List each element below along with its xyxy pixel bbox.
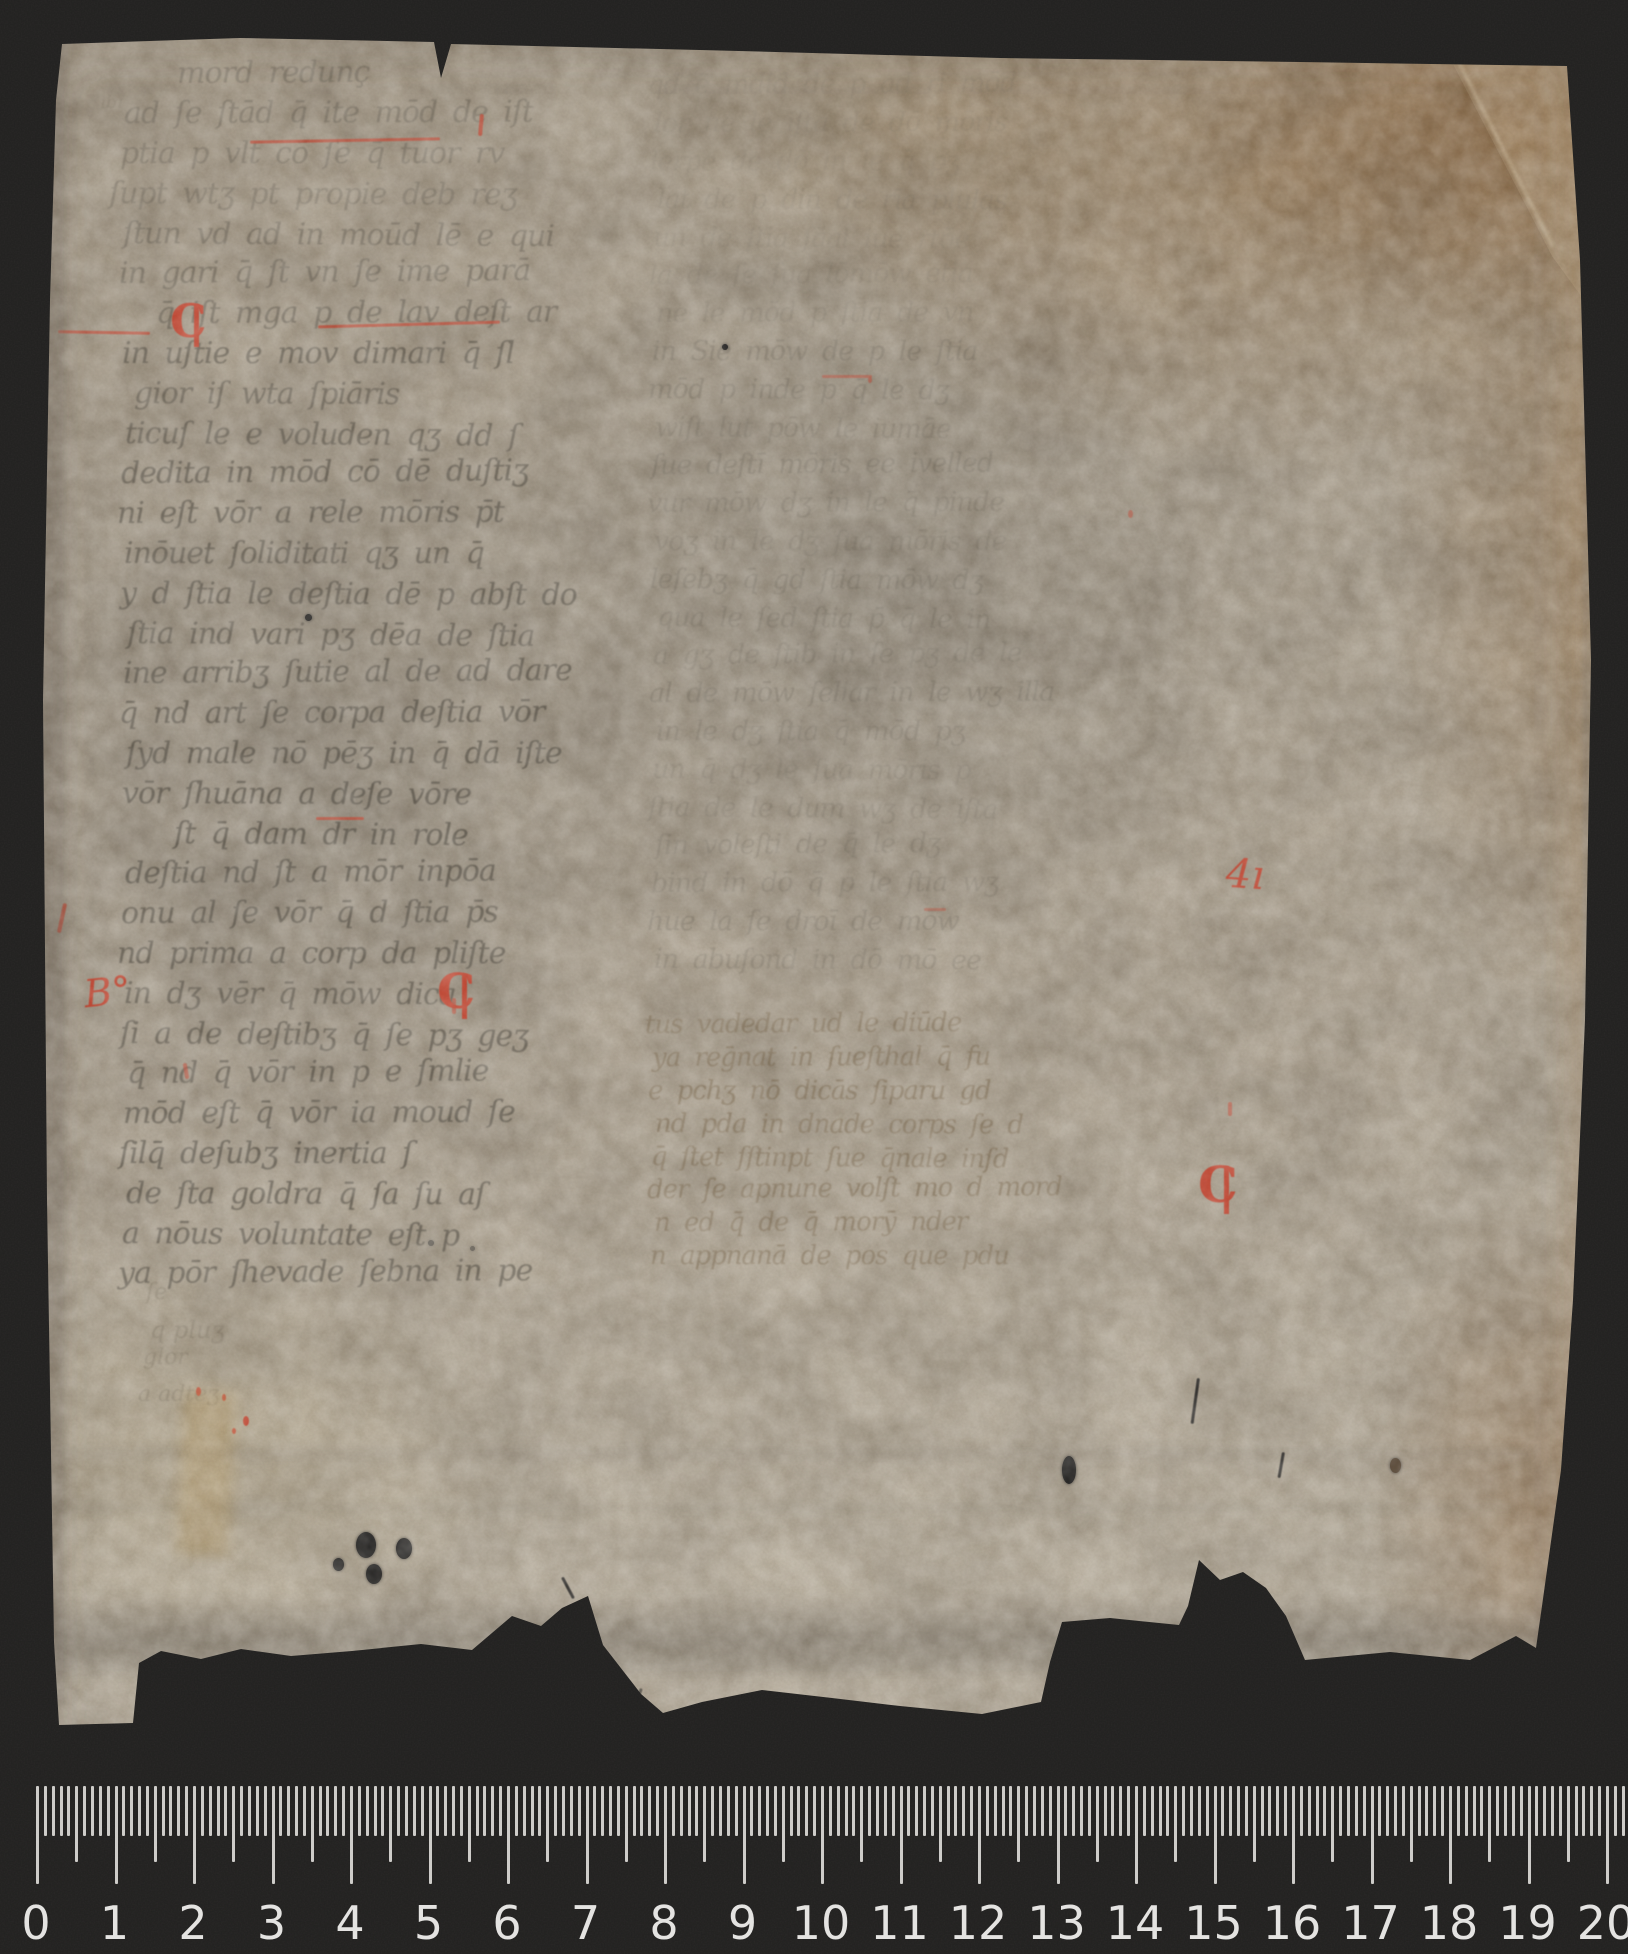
ruler-tick <box>319 1786 322 1836</box>
ruler-tick <box>52 1786 55 1836</box>
ruler-tick <box>491 1786 494 1836</box>
ruler-tick <box>884 1786 887 1836</box>
ruler-tick <box>499 1786 502 1836</box>
ruler-tick <box>1104 1786 1107 1836</box>
ruler-tick <box>1449 1786 1452 1884</box>
ruler-tick <box>67 1786 70 1836</box>
ruler-tick <box>578 1786 581 1836</box>
ruler-number: 9 <box>728 1900 757 1946</box>
ruler-tick <box>429 1786 432 1884</box>
ruler-tick <box>609 1786 612 1836</box>
ruler-tick <box>688 1786 691 1836</box>
ruler-tick <box>217 1786 220 1836</box>
ruler-tick <box>1308 1786 1311 1836</box>
ruler-tick <box>1323 1786 1326 1836</box>
ruler-tick <box>829 1786 832 1836</box>
ruler-number: 0 <box>21 1900 50 1946</box>
ruler-tick <box>970 1786 973 1836</box>
ruler-tick <box>672 1786 675 1836</box>
ruler-tick <box>311 1786 314 1862</box>
ruler-tick <box>1582 1786 1585 1836</box>
ruler-tick <box>436 1786 439 1836</box>
ruler-number: 20 <box>1577 1900 1628 1946</box>
ruler-tick <box>1457 1786 1460 1836</box>
ruler-tick <box>617 1786 620 1836</box>
ruler-tick <box>185 1786 188 1836</box>
ruler-tick <box>326 1786 329 1836</box>
ruler-tick <box>303 1786 306 1836</box>
ruler-tick <box>1002 1786 1005 1836</box>
ruler-tick <box>1535 1786 1538 1836</box>
ruler-tick <box>1347 1786 1350 1836</box>
ruler-number: 5 <box>414 1900 443 1946</box>
ruler-tick <box>782 1786 785 1862</box>
ruler-tick <box>719 1786 722 1836</box>
ruler-tick <box>146 1786 149 1836</box>
ruler-tick <box>1135 1786 1138 1884</box>
ruler-number: 2 <box>178 1900 207 1946</box>
ruler-number: 1 <box>100 1900 129 1946</box>
ruler-tick <box>766 1786 769 1836</box>
ruler-tick <box>1033 1786 1036 1836</box>
ruler-tick <box>852 1786 855 1836</box>
ruler-tick <box>892 1786 895 1836</box>
ruler-tick <box>115 1786 118 1884</box>
ruler-tick <box>986 1786 989 1836</box>
ruler-tick <box>1598 1786 1601 1836</box>
ruler-number: 12 <box>949 1900 1008 1946</box>
ruler-tick <box>923 1786 926 1836</box>
ruler-tick <box>797 1786 800 1836</box>
ruler-number: 18 <box>1420 1900 1479 1946</box>
ruler-tick <box>845 1786 848 1836</box>
photo-stage: mord redunçad ſe ſtād q̄ ite mōd de iſtp… <box>0 0 1628 1954</box>
ruler-tick <box>1111 1786 1114 1836</box>
ruler-tick <box>75 1786 78 1862</box>
ruler-tick <box>162 1786 165 1836</box>
ruler-tick <box>648 1786 651 1836</box>
ruler-tick <box>44 1786 47 1836</box>
ruler-tick <box>256 1786 259 1836</box>
ruler-tick <box>1198 1786 1201 1836</box>
ruler-tick <box>1041 1786 1044 1836</box>
ruler-tick <box>868 1786 871 1836</box>
ruler-tick <box>601 1786 604 1836</box>
ruler-tick <box>1017 1786 1020 1862</box>
ruler-tick <box>264 1786 267 1836</box>
ruler-tick <box>201 1786 204 1836</box>
ruler-tick <box>1088 1786 1091 1836</box>
ruler-number: 7 <box>571 1900 600 1946</box>
ruler-number: 3 <box>257 1900 286 1946</box>
ruler-tick <box>1441 1786 1444 1836</box>
ruler-tick <box>1316 1786 1319 1836</box>
ruler-tick <box>1551 1786 1554 1836</box>
ruler-tick <box>1182 1786 1185 1836</box>
ruler-tick <box>366 1786 369 1836</box>
ruler-tick <box>1080 1786 1083 1836</box>
ruler-tick <box>515 1786 518 1836</box>
ruler-tick <box>193 1786 196 1884</box>
ruler-tick <box>507 1786 510 1884</box>
ruler-tick <box>538 1786 541 1836</box>
ruler-tick <box>1418 1786 1421 1836</box>
ruler-number: 6 <box>492 1900 521 1946</box>
ruler-tick <box>460 1786 463 1836</box>
ruler-tick <box>994 1786 997 1836</box>
ruler-tick <box>1614 1786 1617 1836</box>
ruler-tick <box>287 1786 290 1836</box>
ruler-tick <box>774 1786 777 1836</box>
ruler-tick <box>821 1786 824 1884</box>
ruler-tick <box>1292 1786 1295 1884</box>
ruler-tick <box>389 1786 392 1862</box>
ruler-tick <box>523 1786 526 1836</box>
ruler-tick <box>1567 1786 1570 1862</box>
ruler-tick <box>334 1786 337 1836</box>
ruler-tick <box>342 1786 345 1836</box>
ruler-tick <box>476 1786 479 1836</box>
ruler-tick <box>703 1786 706 1862</box>
ruler-tick <box>1229 1786 1232 1836</box>
ruler-tick <box>1064 1786 1067 1836</box>
ruler-tick <box>279 1786 282 1836</box>
ruler-tick <box>1496 1786 1499 1836</box>
ruler-tick <box>1151 1786 1154 1836</box>
ruler-tick <box>758 1786 761 1836</box>
ruler-tick <box>1221 1786 1224 1836</box>
ruler-tick <box>962 1786 965 1836</box>
ruler-tick <box>1009 1786 1012 1836</box>
ruler-tick <box>531 1786 534 1836</box>
ruler-tick <box>907 1786 910 1836</box>
ruler-number: 19 <box>1498 1900 1557 1946</box>
ruler-tick <box>860 1786 863 1862</box>
ruler-tick <box>1127 1786 1130 1836</box>
ruler-tick <box>727 1786 730 1836</box>
ruler-tick <box>421 1786 424 1836</box>
ruler-tick <box>1606 1786 1609 1884</box>
ruler-number: 14 <box>1106 1900 1165 1946</box>
ruler-tick <box>1543 1786 1546 1836</box>
ruler-tick <box>546 1786 549 1862</box>
ruler-number: 8 <box>649 1900 678 1946</box>
ruler-tick <box>931 1786 934 1836</box>
ruler-tick <box>1300 1786 1303 1836</box>
ruler-tick <box>1261 1786 1264 1836</box>
ruler-tick <box>939 1786 942 1862</box>
ruler-number: 11 <box>870 1900 929 1946</box>
ruler-tick <box>209 1786 212 1836</box>
ruler-tick <box>452 1786 455 1836</box>
ruler-tick <box>224 1786 227 1836</box>
ruler-tick <box>1590 1786 1593 1836</box>
ruler-tick <box>664 1786 667 1884</box>
ruler-tick <box>586 1786 589 1884</box>
ruler-tick <box>138 1786 141 1836</box>
ruler-number: 13 <box>1027 1900 1086 1946</box>
ruler-tick <box>1473 1786 1476 1836</box>
ruler-tick <box>978 1786 981 1884</box>
ruler-tick <box>272 1786 275 1884</box>
ruler-tick <box>695 1786 698 1836</box>
ruler-tick <box>1159 1786 1162 1836</box>
ruler-tick <box>413 1786 416 1836</box>
ruler-tick <box>405 1786 408 1836</box>
ruler-tick <box>1363 1786 1366 1836</box>
ruler-tick <box>295 1786 298 1836</box>
ruler-tick <box>83 1786 86 1836</box>
ruler-tick <box>1394 1786 1397 1836</box>
ruler-tick <box>177 1786 180 1836</box>
ruler-tick <box>915 1786 918 1836</box>
ruler-tick <box>1190 1786 1193 1836</box>
ruler-tick <box>900 1786 903 1884</box>
ruler-number: 4 <box>335 1900 364 1946</box>
ruler-number: 16 <box>1263 1900 1322 1946</box>
ruler-tick <box>947 1786 950 1836</box>
ruler-tick <box>1386 1786 1389 1836</box>
ruler-tick <box>1410 1786 1413 1862</box>
ruler-tick <box>1174 1786 1177 1862</box>
ruler-tick <box>1072 1786 1075 1836</box>
ruler-tick <box>1096 1786 1099 1862</box>
ruler-tick <box>232 1786 235 1862</box>
ruler-tick <box>1528 1786 1531 1884</box>
ruler-tick <box>1214 1786 1217 1884</box>
ruler-tick <box>876 1786 879 1836</box>
ruler-tick <box>633 1786 636 1836</box>
ruler-tick <box>374 1786 377 1836</box>
ruler-number: 10 <box>792 1900 851 1946</box>
ruler-tick <box>36 1786 39 1884</box>
ruler-tick <box>1371 1786 1374 1884</box>
ruler-tick <box>790 1786 793 1836</box>
ruler-number: 15 <box>1184 1900 1243 1946</box>
ruler-tick <box>240 1786 243 1836</box>
ruler-tick <box>1465 1786 1468 1836</box>
ruler-number: 17 <box>1341 1900 1400 1946</box>
ruler-tick <box>444 1786 447 1836</box>
ruler-tick <box>154 1786 157 1862</box>
ruler-tick <box>954 1786 957 1836</box>
ruler-tick <box>570 1786 573 1836</box>
ruler-tick <box>656 1786 659 1836</box>
ruler-tick <box>1433 1786 1436 1836</box>
ruler-tick <box>562 1786 565 1836</box>
ruler-tick <box>1504 1786 1507 1836</box>
ruler-tick <box>397 1786 400 1836</box>
ruler-tick <box>1378 1786 1381 1836</box>
ruler-tick <box>1245 1786 1248 1836</box>
ruler-tick <box>1559 1786 1562 1836</box>
ruler-tick <box>1284 1786 1287 1836</box>
ruler-tick <box>1425 1786 1428 1836</box>
ruler-tick <box>381 1786 384 1836</box>
ruler-tick <box>1119 1786 1122 1836</box>
ruler-tick <box>1057 1786 1060 1884</box>
ruler-tick <box>1339 1786 1342 1836</box>
ruler-tick <box>1520 1786 1523 1836</box>
ruler-tick <box>1049 1786 1052 1836</box>
ruler-tick <box>1622 1786 1625 1836</box>
ruler-tick <box>1253 1786 1256 1862</box>
ruler-tick <box>1237 1786 1240 1836</box>
ruler-tick <box>1402 1786 1405 1836</box>
ruler-tick <box>107 1786 110 1836</box>
ruler-tick <box>122 1786 125 1836</box>
ruler-tick <box>91 1786 94 1836</box>
ruler-tick <box>1166 1786 1169 1836</box>
ruler-tick <box>593 1786 596 1836</box>
ruler-tick <box>1331 1786 1334 1862</box>
ruler-tick <box>680 1786 683 1836</box>
ruler-tick <box>750 1786 753 1836</box>
ruler-tick <box>1488 1786 1491 1862</box>
ruler-tick <box>130 1786 133 1836</box>
ruler-tick <box>1268 1786 1271 1836</box>
ruler-tick <box>837 1786 840 1836</box>
ruler-tick <box>468 1786 471 1862</box>
ruler-tick <box>350 1786 353 1884</box>
ruler-tick <box>1276 1786 1279 1836</box>
ruler-tick <box>248 1786 251 1836</box>
ruler-tick <box>1512 1786 1515 1836</box>
ruler-tick <box>358 1786 361 1836</box>
ruler-tick <box>813 1786 816 1836</box>
ruler-tick <box>1143 1786 1146 1836</box>
ruler-tick <box>743 1786 746 1884</box>
ruler-tick <box>554 1786 557 1836</box>
ruler-tick <box>483 1786 486 1836</box>
ruler-tick <box>1480 1786 1483 1836</box>
ruler-tick <box>1206 1786 1209 1836</box>
ruler-tick <box>169 1786 172 1836</box>
ruler-tick <box>711 1786 714 1836</box>
ruler-tick <box>60 1786 63 1836</box>
ruler-tick <box>1025 1786 1028 1836</box>
ruler-tick <box>625 1786 628 1862</box>
ruler-tick <box>735 1786 738 1836</box>
ruler-tick <box>1575 1786 1578 1836</box>
ruler-tick <box>805 1786 808 1836</box>
ruler-tick <box>1355 1786 1358 1836</box>
ruler-tick <box>99 1786 102 1836</box>
ruler-tick <box>640 1786 643 1836</box>
